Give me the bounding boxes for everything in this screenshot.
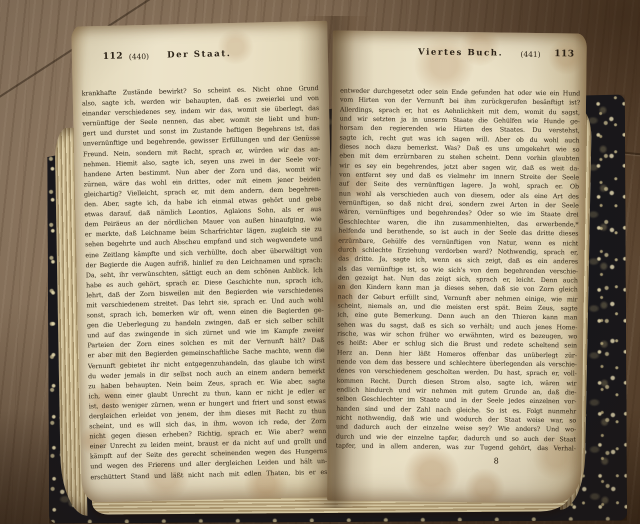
text-block-right: entweder durchgesetzt oder sein Ende gef… <box>336 87 580 454</box>
page-number: 113 <box>554 49 574 59</box>
wooden-table-surface: 112 (440) Der Staat. krankhafte Zustände… <box>0 0 640 524</box>
stephanus-number: (440) <box>129 52 149 61</box>
text-line: tapfer, und in allem anderen, was zur Tu… <box>336 442 576 454</box>
running-title: Der Staat. <box>167 49 231 60</box>
left-page: 112 (440) Der Staat. krankhafte Zustände… <box>71 21 338 503</box>
signature-mark: 8 <box>494 456 499 465</box>
right-page: Viertes Buch. (441) 113 entweder durchge… <box>327 30 587 503</box>
open-book: 112 (440) Der Staat. krankhafte Zustände… <box>0 0 640 524</box>
stephanus-number: (441) <box>520 50 540 59</box>
running-title: Viertes Buch. <box>418 48 503 59</box>
text-block-left: krankhafte Zustände bewirkt? So scheint … <box>82 83 328 482</box>
page-number: 112 <box>103 51 124 61</box>
running-header-left: 112 (440) Der Staat. <box>81 47 318 64</box>
running-header-right: Viertes Buch. (441) 113 <box>341 47 581 62</box>
